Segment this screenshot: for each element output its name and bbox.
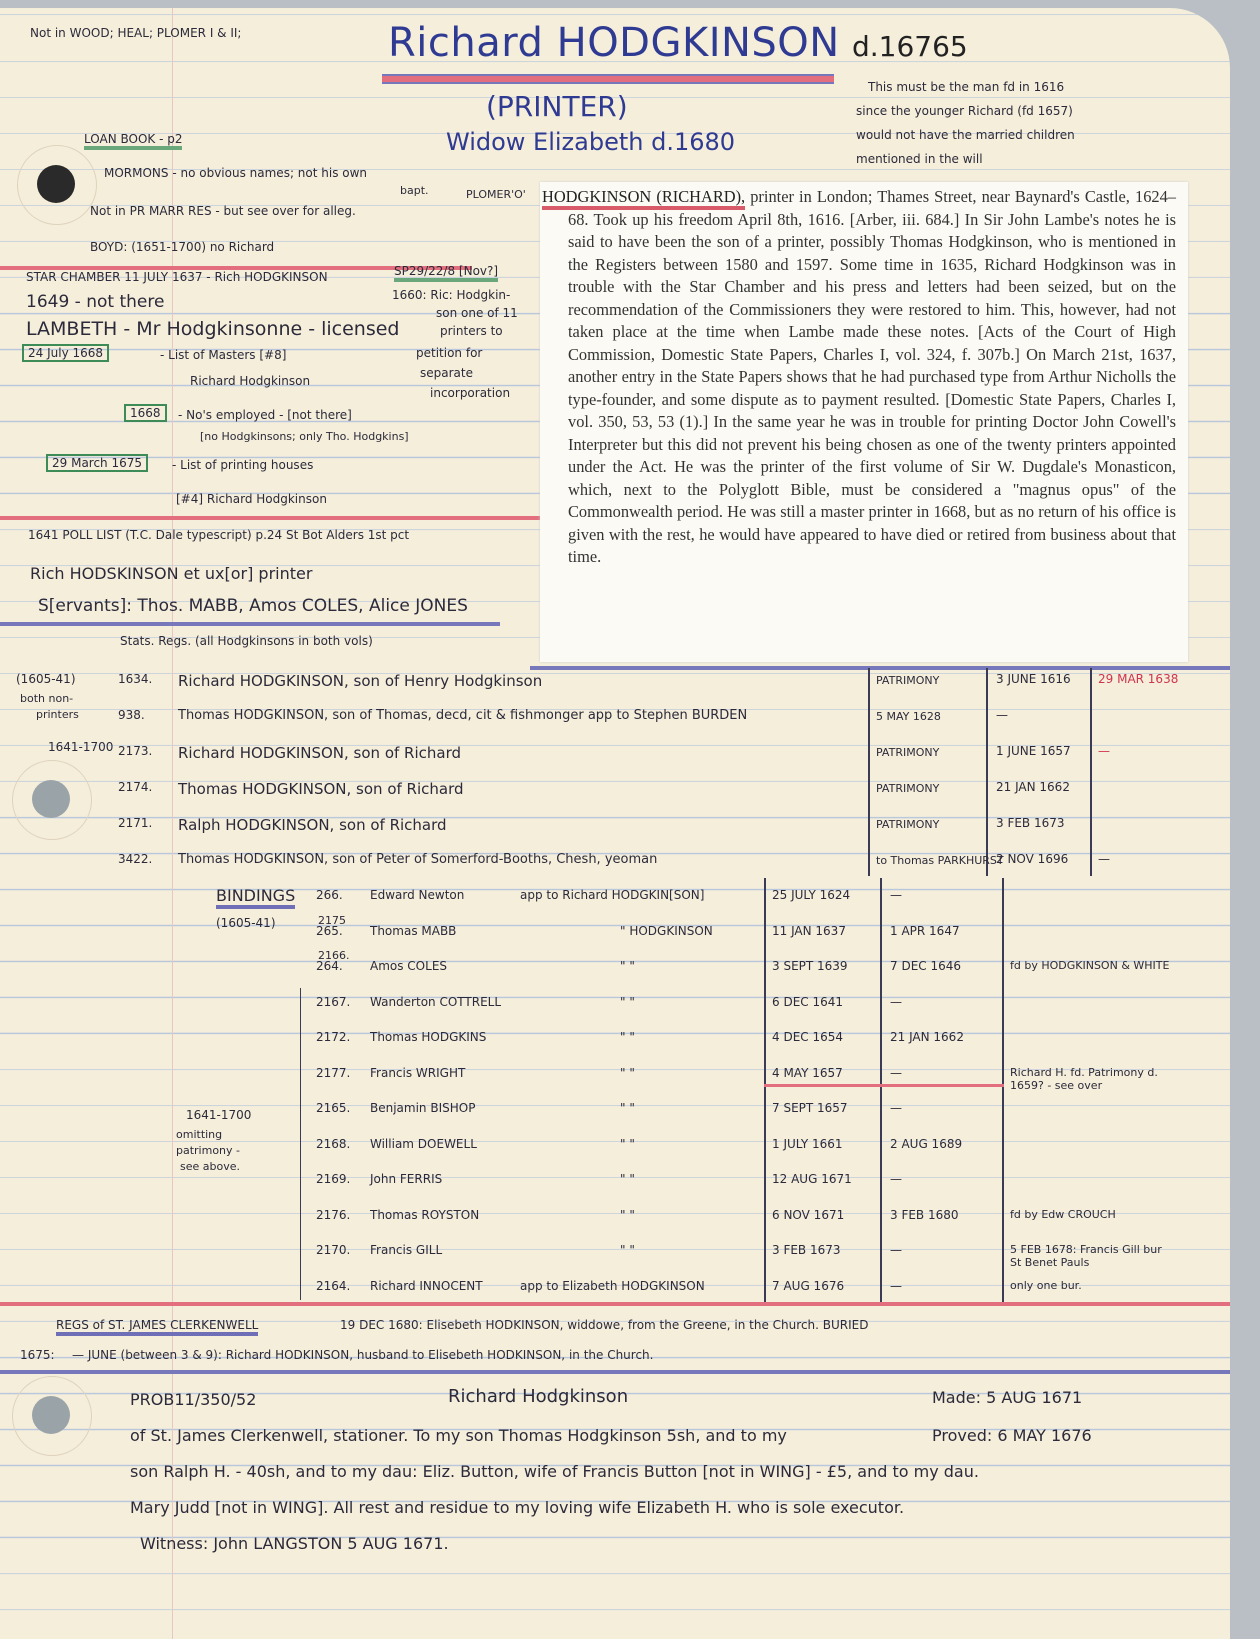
bound-date: 11 JAN 1637: [772, 924, 846, 938]
apprentice-name: Francis WRIGHT: [370, 1066, 465, 1080]
freed-date: —: [890, 1279, 902, 1293]
bound-date: 6 NOV 1671: [772, 1208, 844, 1222]
employed-detail: [no Hodgkinsons; only Tho. Hodgkins]: [200, 430, 409, 443]
will-witness: Witness: John LANGSTON 5 AUG 1671.: [140, 1534, 449, 1553]
freed-date: 3 FEB 1680: [890, 1208, 959, 1222]
freed-date: —: [890, 1172, 902, 1186]
freedom-method: 5 MAY 1628: [876, 710, 941, 723]
freedom-date: 1 JUNE 1657: [996, 744, 1071, 758]
sp-ref: SP29/22/8 [Nov?]: [394, 264, 498, 282]
sp-note-line: incorporation: [430, 386, 510, 400]
sp-note-line: printers to: [440, 324, 503, 338]
loan-book-note: LOAN BOOK - p2: [84, 132, 182, 150]
star-chamber-note: STAR CHAMBER 11 JULY 1637 - Rich HODGKIN…: [26, 270, 328, 284]
sp-note-line: separate: [420, 366, 473, 380]
bound-date: 7 AUG 1676: [772, 1279, 844, 1293]
freed-date: 1 APR 1647: [890, 924, 960, 938]
apprentice-name: Benjamin BISHOP: [370, 1101, 475, 1115]
bound-date: 25 JULY 1624: [772, 888, 850, 902]
lambeth-note: LAMBETH - Mr Hodgkinsonne - licensed: [26, 318, 400, 340]
binding-number: 2169.: [316, 1172, 350, 1186]
column-divider: [1002, 878, 1004, 1302]
punch-hole-middle: [32, 780, 70, 818]
will-name: Richard Hodgkinson: [448, 1386, 628, 1407]
freed-date: 2 AUG 1689: [890, 1137, 962, 1151]
will-line: Mary Judd [not in WING]. All rest and re…: [130, 1498, 904, 1517]
binding-number: 2164.: [316, 1279, 350, 1293]
not-in-note: Not in WOOD; HEAL; PLOMER I & II;: [30, 26, 241, 40]
binding-number: 2168.: [316, 1137, 350, 1151]
printing-name: [#4] Richard Hodgkinson: [176, 492, 327, 506]
master-name: app to Richard HODGKIN[SON]: [520, 888, 704, 902]
extra-note: —: [1098, 852, 1110, 866]
binding-note: fd by Edw CROUCH: [1010, 1208, 1170, 1221]
will-made: Made: 5 AUG 1671: [932, 1388, 1082, 1407]
sp-note-line: 1660: Ric: Hodgkin-: [392, 288, 510, 302]
clipping-text: printer in London; Thames Street, near B…: [568, 187, 1176, 566]
freedom-method: to Thomas PARKHURST: [876, 854, 1004, 867]
master-name: app to Elizabeth HODGKINSON: [520, 1279, 705, 1293]
column-divider: [868, 668, 870, 876]
column-divider: [880, 878, 882, 1302]
master-name: " ": [620, 1208, 635, 1222]
master-name: " ": [620, 1101, 635, 1115]
will-reference: PROB11/350/52: [130, 1390, 256, 1409]
freed-date: 7 DEC 1646: [890, 959, 961, 973]
burial-entry: 19 DEC 1680: Elisebeth HODKINSON, widdow…: [340, 1318, 869, 1332]
bindings-period: (1605-41): [216, 916, 276, 930]
sp-note-line: petition for: [416, 346, 482, 360]
employed-date: 1668: [124, 404, 167, 422]
pr-marr-note: Not in PR MARR RES - but see over for al…: [90, 204, 356, 218]
master-name: " ": [620, 1066, 635, 1080]
period-note: 1641-1700: [186, 1108, 251, 1122]
brace: [300, 988, 301, 1300]
printed-clipping: HODGKINSON (RICHARD), printer in London;…: [540, 182, 1188, 662]
master-name: " ": [620, 995, 635, 1009]
freed-date: —: [890, 888, 902, 902]
binding-note: 5 FEB 1678: Francis Gill bur St Benet Pa…: [1010, 1243, 1170, 1269]
master-name: " ": [620, 1172, 635, 1186]
bound-date: 3 SEPT 1639: [772, 959, 848, 973]
page-title: Richard HODGKINSON: [388, 20, 840, 66]
widow-note: Widow Elizabeth d.1680: [446, 128, 735, 156]
apprentice-name: Edward Newton: [370, 888, 464, 902]
register-entry: Thomas HODGKINSON, son of Richard: [178, 780, 464, 798]
binding-number: 2165.: [316, 1101, 350, 1115]
bound-date: 6 DEC 1641: [772, 995, 843, 1009]
register-number: 2174.: [118, 780, 152, 794]
binding-number: 264.: [316, 959, 343, 973]
printing-date: 29 March 1675: [46, 454, 148, 472]
binding-number: 266.: [316, 888, 343, 902]
freed-date: 21 JAN 1662: [890, 1030, 964, 1044]
master-name: " ": [620, 959, 635, 973]
freedom-method: PATRIMONY: [876, 818, 939, 831]
apprentice-name: Wanderton COTTRELL: [370, 995, 501, 1009]
clipping-heading: HODGKINSON (RICHARD),: [542, 187, 745, 210]
binding-number: 2172.: [316, 1030, 350, 1044]
will-proved: Proved: 6 MAY 1676: [932, 1426, 1092, 1445]
column-divider: [1090, 668, 1092, 876]
apprentice-name: Amos COLES: [370, 959, 447, 973]
apprentice-name: Thomas ROYSTON: [370, 1208, 479, 1222]
apprentice-name: Thomas MABB: [370, 924, 456, 938]
blue-rule: [0, 1370, 1230, 1374]
freed-date: —: [890, 1101, 902, 1115]
group-label: (1605-41): [16, 672, 76, 686]
freed-date: —: [890, 1243, 902, 1257]
register-entry: Richard HODGKINSON, son of Richard: [178, 744, 461, 762]
poll-list-heading: 1641 POLL LIST (T.C. Dale typescript) p.…: [28, 528, 409, 542]
binding-note: only one bur.: [1010, 1279, 1170, 1292]
year-1649-note: 1649 - not there: [26, 292, 164, 312]
blue-rule: [0, 622, 500, 626]
red-marker-line: [764, 1084, 1004, 1087]
employed-note: - No's employed - [not there]: [178, 408, 352, 422]
will-line: son Ralph H. - 40sh, and to my dau: Eliz…: [130, 1462, 979, 1481]
group-label: 1641-1700: [48, 740, 113, 754]
bindings-heading: BINDINGS: [216, 886, 295, 909]
freedom-date: 21 JAN 1662: [996, 780, 1070, 794]
mormons-note: MORMONS - no obvious names; not his own: [104, 166, 367, 180]
title-underline: [382, 74, 834, 84]
register-number: 1634.: [118, 672, 152, 686]
master-name: " HODGKINSON: [620, 924, 713, 938]
freedom-date: 2 NOV 1696: [996, 852, 1068, 866]
binding-note: Richard H. fd. Patrimony d. 1659? - see …: [1010, 1066, 1170, 1092]
bound-date: 1 JULY 1661: [772, 1137, 843, 1151]
extra-note: 29 MAR 1638: [1098, 672, 1178, 686]
plomer-ref: PLOMER'O': [466, 188, 526, 201]
masters-note: - List of Masters [#8]: [160, 348, 286, 362]
period-note: see above.: [180, 1160, 240, 1173]
master-name: " ": [620, 1030, 635, 1044]
will-line: of St. James Clerkenwell, stationer. To …: [130, 1426, 787, 1445]
binding-number: 2167.: [316, 995, 350, 1009]
boyd-note: BOYD: (1651-1700) no Richard: [90, 240, 274, 254]
bound-date: 4 MAY 1657: [772, 1066, 843, 1080]
freed-date: —: [890, 995, 902, 1009]
binding-note: fd by HODGKINSON & WHITE: [1010, 959, 1170, 972]
side-note-line: since the younger Richard (fd 1657): [856, 104, 1073, 118]
apprentice-name: Richard INNOCENT: [370, 1279, 483, 1293]
side-note-line: This must be the man fd in 1616: [868, 80, 1064, 94]
register-entry: Thomas HODGKINSON, son of Thomas, decd, …: [178, 708, 747, 723]
printing-note: - List of printing houses: [172, 458, 313, 472]
extra-note: —: [1098, 744, 1110, 758]
freedom-method: PATRIMONY: [876, 746, 939, 759]
side-note-line: mentioned in the will: [856, 152, 983, 166]
freedom-date: —: [996, 708, 1008, 722]
binding-number: 2177.: [316, 1066, 350, 1080]
bound-date: 3 FEB 1673: [772, 1243, 841, 1257]
poll-list-servants: S[ervants]: Thos. MABB, Amos COLES, Alic…: [38, 596, 468, 616]
register-entry: Thomas HODGKINSON, son of Peter of Somer…: [178, 852, 657, 867]
register-entry: Richard HODGKINSON, son of Henry Hodgkin…: [178, 672, 542, 690]
index-card: Not in WOOD; HEAL; PLOMER I & II; Richar…: [0, 8, 1230, 1639]
bound-date: 7 SEPT 1657: [772, 1101, 848, 1115]
bound-date: 4 DEC 1654: [772, 1030, 843, 1044]
master-name: " ": [620, 1137, 635, 1151]
burial-year: 1675:: [20, 1348, 55, 1362]
red-rule: [0, 516, 540, 520]
apprentice-name: John FERRIS: [370, 1172, 442, 1186]
period-note: omitting: [176, 1128, 222, 1141]
master-name: " ": [620, 1243, 635, 1257]
punch-hole-top: [37, 165, 75, 203]
masters-name: Richard Hodgkinson: [190, 374, 310, 388]
register-number: 2171.: [118, 816, 152, 830]
sp-note-line: son one of 11: [436, 306, 518, 320]
freedom-date: 3 JUNE 1616: [996, 672, 1071, 686]
apprentice-name: Francis GILL: [370, 1243, 442, 1257]
punch-hole-bottom: [32, 1396, 70, 1434]
register-entry: Ralph HODGKINSON, son of Richard: [178, 816, 447, 834]
register-number: 938.: [118, 708, 145, 722]
freedom-date: 3 FEB 1673: [996, 816, 1065, 830]
blue-rule: [530, 666, 1230, 670]
binding-number: 2176.: [316, 1208, 350, 1222]
binding-number: 265.: [316, 924, 343, 938]
apprentice-name: Thomas HODGKINS: [370, 1030, 486, 1044]
register-number: 2173.: [118, 744, 152, 758]
register-number: 3422.: [118, 852, 152, 866]
freedom-method: PATRIMONY: [876, 782, 939, 795]
group-label: both non-: [20, 692, 73, 705]
mormons-tail: bapt.: [400, 184, 429, 197]
group-label: printers: [36, 708, 79, 721]
masters-date: 24 July 1668: [22, 344, 109, 362]
column-divider: [764, 878, 766, 1302]
red-rule: [0, 1302, 1230, 1306]
side-note-line: would not have the married children: [856, 128, 1075, 142]
period-note: patrimony -: [176, 1144, 240, 1157]
death-date: d.16765: [852, 30, 968, 63]
freedom-method: PATRIMONY: [876, 674, 939, 687]
stats-regs-heading: Stats. Regs. (all Hodgkinsons in both vo…: [120, 634, 373, 648]
clerkenwell-heading: REGS of ST. JAMES CLERKENWELL: [56, 1318, 258, 1336]
poll-list-line: Rich HODSKINSON et ux[or] printer: [30, 564, 312, 583]
binding-number: 2170.: [316, 1243, 350, 1257]
apprentice-name: William DOEWELL: [370, 1137, 477, 1151]
freed-date: —: [890, 1066, 902, 1080]
column-divider: [986, 668, 988, 876]
bound-date: 12 AUG 1671: [772, 1172, 852, 1186]
burial-entry: — JUNE (between 3 & 9): Richard HODKINSO…: [72, 1348, 653, 1362]
occupation: (PRINTER): [486, 90, 628, 123]
